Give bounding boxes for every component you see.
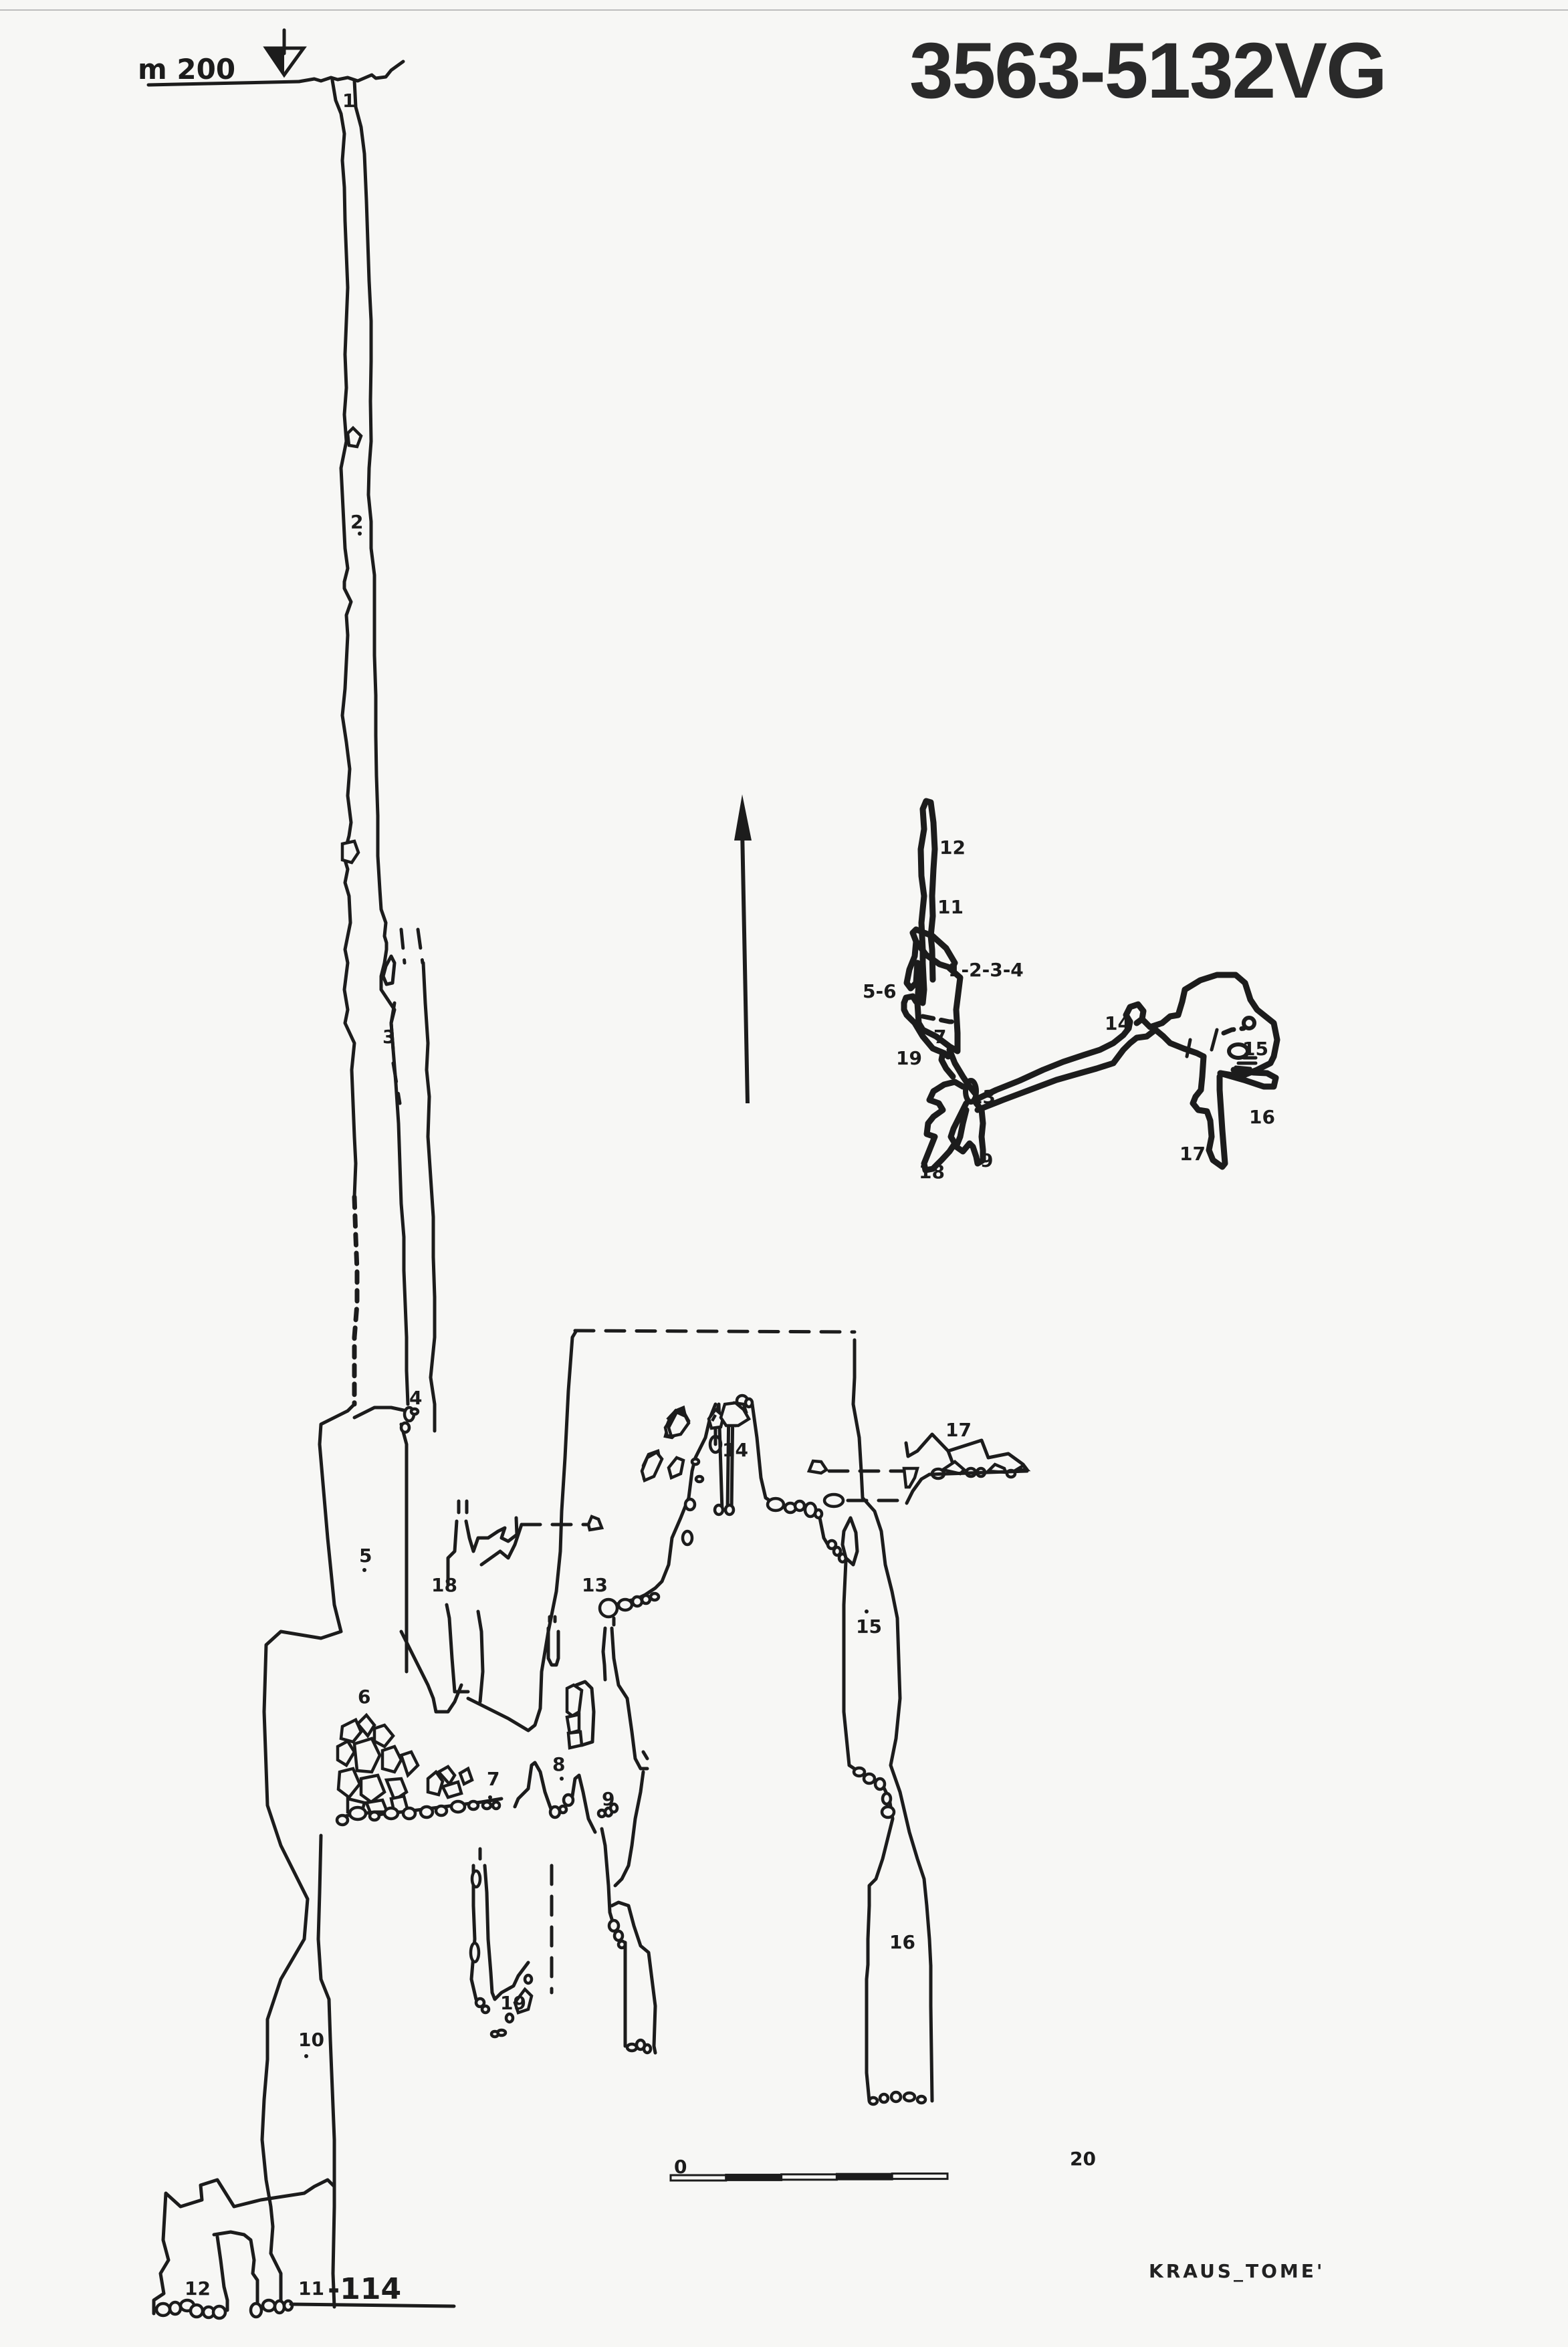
plan-label: 12 [939,836,966,859]
station-label: 18 [431,1574,457,1596]
scale-bar: 0 20 [671,2148,1096,2181]
station-label: 1 [342,90,355,112]
station-label: 3 [382,1026,395,1048]
station-label: 7 [487,1768,499,1790]
station-label: 12 [185,2277,211,2300]
plan-label: 19 [896,1047,922,1069]
station-label: 15 [856,1615,882,1638]
plan-label: 16 [1249,1106,1275,1128]
station-label: 17 [945,1419,972,1441]
middle-galleries [354,1331,931,1966]
plan-label: 7 [933,1026,946,1048]
station-label: 6 [358,1686,370,1708]
cave-survey-drawing: m 200 [0,0,1568,2347]
station-label: 14 [722,1439,748,1461]
station-label: 19 [500,1992,526,2014]
station-label: 16 [889,1931,915,1953]
plan-label: 15 [1242,1038,1268,1060]
north-arrow-icon [734,794,752,1103]
plan-label: 13 [970,1086,996,1108]
station-label: 9 [602,1788,614,1810]
bottom-depth-label: -114 [328,2272,401,2306]
entrance-arrow-icon [266,30,304,75]
scale-end-label: 20 [1070,2148,1096,2170]
station-label: 13 [582,1574,608,1596]
station-label: 11 [298,2277,324,2300]
station-labels: 1 2 3 4 5 6 7 8 9 10 11 12 13 14 15 16 1… [185,90,972,2300]
plan-label: 9 [980,1149,993,1171]
station-label: 10 [298,2029,324,2051]
plan-label: 17 [1180,1143,1206,1165]
plan-label: 14 [1105,1012,1131,1034]
station-label: 5 [359,1545,372,1567]
shaft-16 [867,1965,932,2104]
branch-17 [809,1434,1027,1506]
plan-label: 11 [937,896,964,918]
plan-label: 18 [919,1161,945,1183]
surveyor-credit: KRAUS_TOME' [1149,2260,1325,2282]
plan-label: 5-6 [863,980,897,1002]
boulder-pile-6 [338,1715,472,1816]
main-shaft [262,80,435,2307]
entrance-marker: m 200 [138,30,403,86]
station-label: 8 [552,1753,565,1775]
station-label: 2 [350,511,363,533]
plan-label: 1-2-3-4 [948,959,1024,981]
station-label: 4 [409,1387,422,1409]
entrance-elevation-label: m 200 [138,53,235,86]
